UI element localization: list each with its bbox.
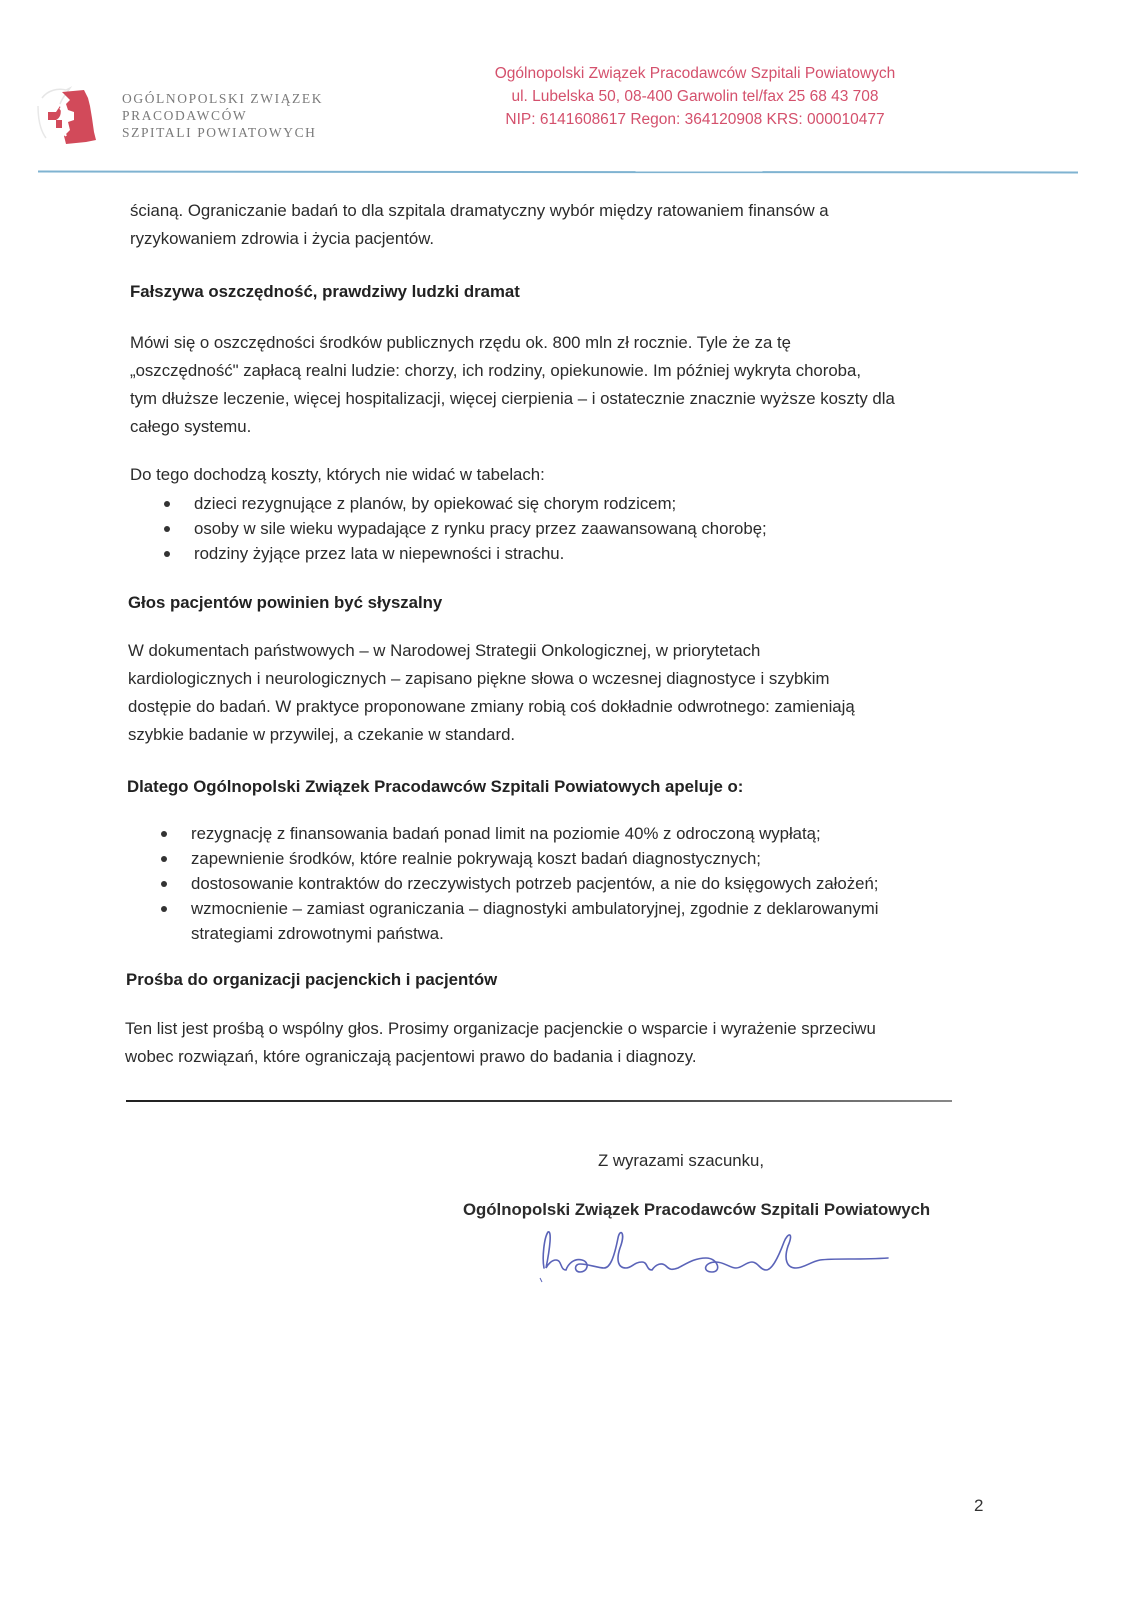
- org-name-line: Ogólnopolski Związek: [122, 90, 323, 107]
- list-item-continuation: strategiami zdrowotnymi państwa.: [127, 921, 878, 946]
- list-item: dzieci rezygnujące z planów, by opiekowa…: [130, 491, 767, 516]
- bullet-icon: [161, 881, 167, 887]
- contact-org-name: Ogólnopolski Związek Pracodawców Szpital…: [455, 62, 935, 85]
- bullet-icon: [164, 551, 170, 557]
- bullet-icon: [161, 831, 167, 837]
- paragraph-line: ścianą. Ograniczanie badań to dla szpita…: [130, 197, 829, 225]
- section-heading: Głos pacjentów powinien być słyszalny: [128, 589, 442, 617]
- page-number: 2: [974, 1496, 983, 1516]
- list-item: wzmocnienie – zamiast ograniczania – dia…: [127, 896, 878, 921]
- handwritten-signature-icon: [538, 1228, 898, 1288]
- header-divider: [38, 171, 1078, 174]
- signatory-name: Ogólnopolski Związek Pracodawców Szpital…: [463, 1200, 930, 1220]
- paragraph-line: szybkie badanie w przywilej, a czekanie …: [128, 721, 515, 749]
- org-name-line: Szpitali Powiatowych: [122, 124, 323, 141]
- organization-name: Ogólnopolski Związek Pracodawców Szpital…: [122, 90, 323, 141]
- paragraph-line: całego systemu.: [130, 413, 251, 441]
- paragraph-line: tym dłuższe leczenie, więcej hospitaliza…: [130, 385, 895, 413]
- bullet-icon: [161, 906, 167, 912]
- list-item: dostosowanie kontraktów do rzeczywistych…: [127, 871, 878, 896]
- paragraph-line: wobec rozwiązań, które ograniczają pacje…: [125, 1043, 697, 1071]
- section-heading: Dlatego Ogólnopolski Związek Pracodawców…: [127, 773, 743, 801]
- appeal-list: rezygnację z finansowania badań ponad li…: [127, 821, 878, 946]
- organization-contact: Ogólnopolski Związek Pracodawców Szpital…: [455, 62, 935, 131]
- list-item: zapewnienie środków, które realnie pokry…: [127, 846, 878, 871]
- list-item: rodziny żyjące przez lata w niepewności …: [130, 541, 767, 566]
- paragraph-line: ryzykowaniem zdrowia i życia pacjentów.: [130, 225, 434, 253]
- paragraph-line: Mówi się o oszczędności środków publiczn…: [130, 329, 791, 357]
- organization-logo-icon: [36, 84, 100, 146]
- paragraph-line: Ten list jest prośbą o wspólny głos. Pro…: [125, 1015, 876, 1043]
- bullet-icon: [164, 501, 170, 507]
- list-intro: Do tego dochodzą koszty, których nie wid…: [130, 461, 545, 489]
- org-name-line: Pracodawców: [122, 107, 323, 124]
- closing-salutation: Z wyrazami szacunku,: [598, 1151, 764, 1171]
- content-divider: [126, 1100, 952, 1102]
- contact-registry: NIP: 6141608617 Regon: 364120908 KRS: 00…: [455, 108, 935, 131]
- paragraph-line: W dokumentach państwowych – w Narodowej …: [128, 637, 760, 665]
- cost-list: dzieci rezygnujące z planów, by opiekowa…: [130, 491, 767, 566]
- document-page: Ogólnopolski Związek Pracodawców Szpital…: [0, 0, 1132, 1600]
- paragraph-line: kardiologicznych i neurologicznych – zap…: [128, 665, 829, 693]
- paragraph-line: dostępie do badań. W praktyce proponowan…: [128, 693, 855, 721]
- list-item: rezygnację z finansowania badań ponad li…: [127, 821, 878, 846]
- section-heading: Fałszywa oszczędność, prawdziwy ludzki d…: [130, 278, 520, 306]
- contact-address: ul. Lubelska 50, 08-400 Garwolin tel/fax…: [455, 85, 935, 108]
- paragraph-line: „oszczędność" zapłacą realni ludzie: cho…: [130, 357, 861, 385]
- section-heading: Prośba do organizacji pacjenckich i pacj…: [126, 966, 497, 994]
- bullet-icon: [164, 526, 170, 532]
- bullet-icon: [161, 856, 167, 862]
- list-item: osoby w sile wieku wypadające z rynku pr…: [130, 516, 767, 541]
